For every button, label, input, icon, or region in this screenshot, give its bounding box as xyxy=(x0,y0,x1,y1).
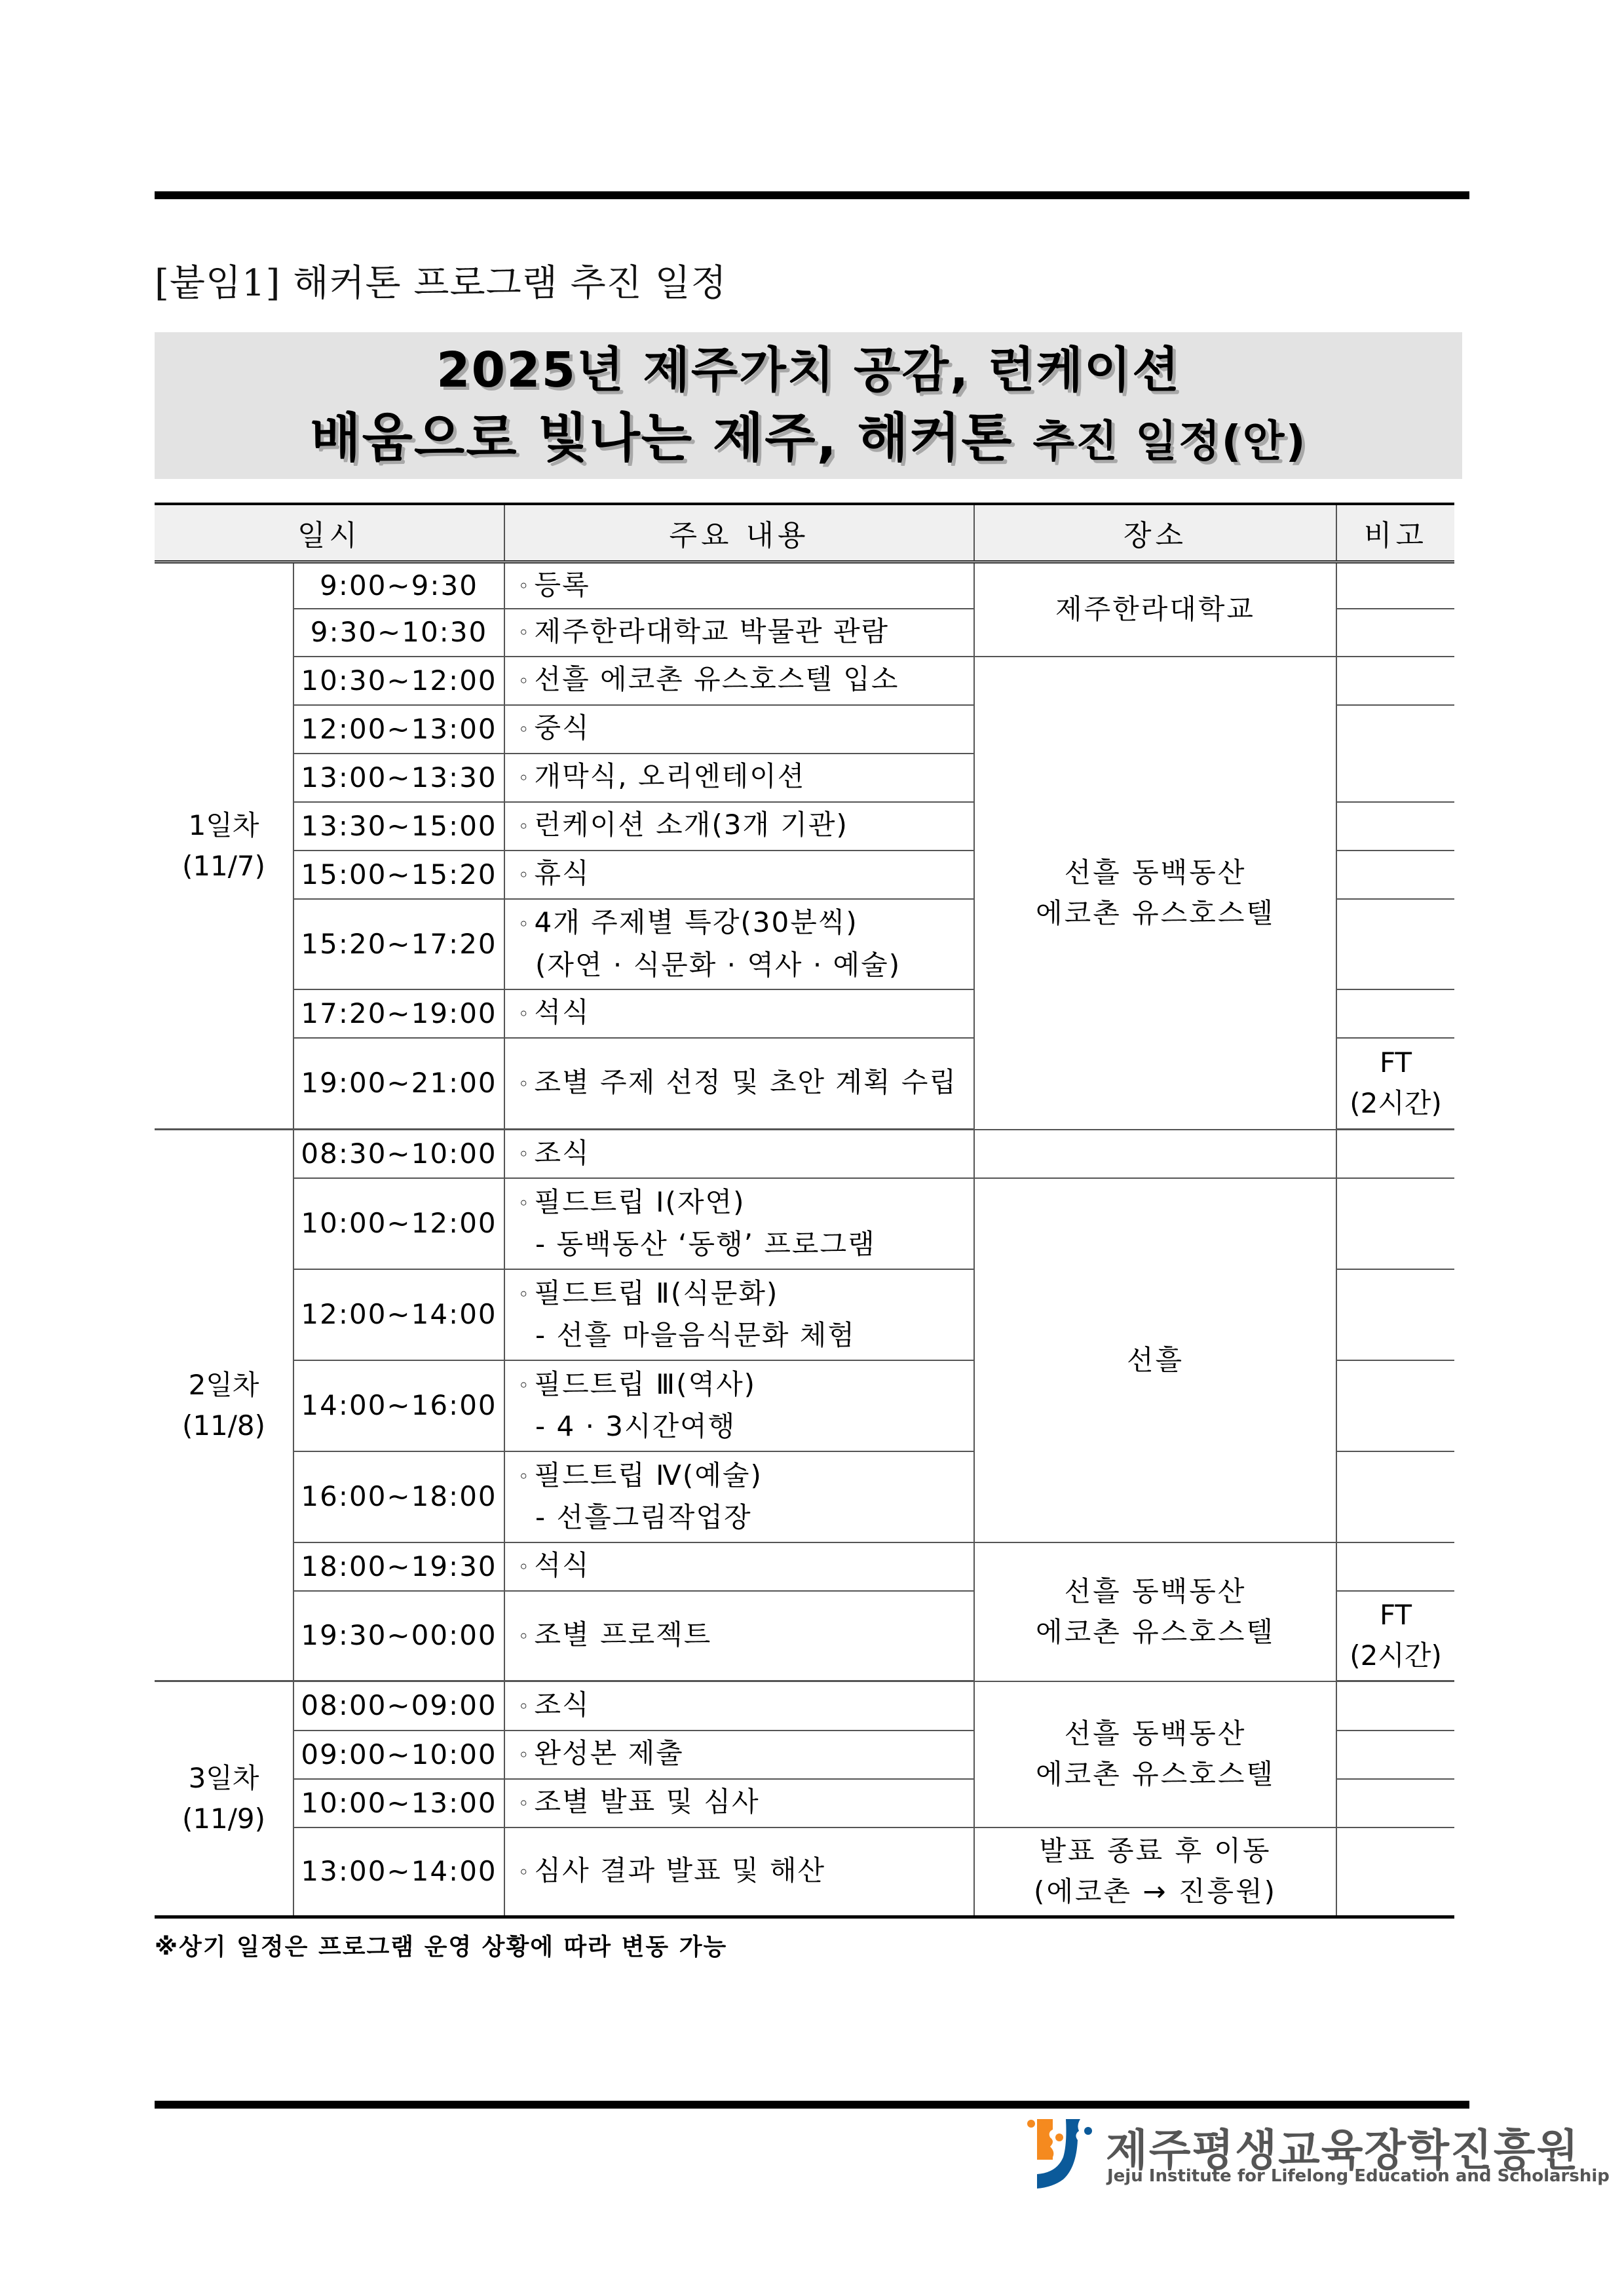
place-line-2: (에코촌 → 진흥원) xyxy=(975,1871,1336,1912)
content-cell: ◦조식 xyxy=(504,1681,974,1731)
title-banner: 2025년 제주가치 공감, 런케이션 배움으로 빛나는 제주, 해커톤 추진 … xyxy=(155,332,1462,479)
bullet-icon: ◦ xyxy=(518,816,531,837)
day-cell-3: 3일차 (11/9) xyxy=(155,1681,293,1917)
note-cell xyxy=(1336,1827,1454,1917)
time-cell: 17:20~19:00 xyxy=(293,989,504,1038)
place-cell: 선흘 동백동산 에코촌 유스호스텔 xyxy=(974,1681,1336,1827)
bullet-icon: ◦ xyxy=(518,575,531,597)
content-text: 중식 xyxy=(535,712,590,744)
content-text: 조식 xyxy=(535,1137,590,1169)
content-text: 석식 xyxy=(535,996,590,1028)
content-cell: ◦등록 xyxy=(504,562,974,609)
note-cell xyxy=(1336,1779,1454,1827)
bullet-icon: ◦ xyxy=(518,1284,531,1305)
bullet-icon: ◦ xyxy=(518,1744,531,1766)
title-line-1: 2025년 제주가치 공감, 런케이션 xyxy=(155,337,1462,403)
title-line-2-main: 배움으로 빛나는 제주, 해커톤 xyxy=(310,408,1013,469)
bullet-icon: ◦ xyxy=(518,719,531,740)
bullet-icon: ◦ xyxy=(518,1862,531,1883)
note-cell xyxy=(1336,1130,1454,1178)
note-cell xyxy=(1336,1178,1454,1269)
note-cell xyxy=(1336,851,1454,899)
place-cell: 선흘 xyxy=(974,1178,1336,1542)
time-cell: 9:30~10:30 xyxy=(293,609,504,657)
table-header-row: 일시 주요 내용 장소 비고 xyxy=(155,504,1454,562)
org-name-english: Jeju Institute for Lifelong Education an… xyxy=(1107,2166,1610,2186)
bullet-icon: ◦ xyxy=(518,913,531,935)
bullet-icon: ◦ xyxy=(518,1003,531,1025)
header-place: 장소 xyxy=(974,504,1336,562)
content-text: 완성본 제출 xyxy=(535,1737,684,1769)
time-cell: 12:00~14:00 xyxy=(293,1269,504,1360)
time-cell: 10:00~13:00 xyxy=(293,1779,504,1827)
time-cell: 9:00~9:30 xyxy=(293,562,504,609)
day-date: (11/7) xyxy=(155,846,293,887)
day-date: (11/9) xyxy=(155,1799,293,1839)
content-text: 조별 발표 및 심사 xyxy=(535,1786,760,1818)
content-cell: ◦필드트립 Ⅲ(역사)- 4 · 3시간여행 xyxy=(504,1360,974,1451)
time-cell: 10:00~12:00 xyxy=(293,1178,504,1269)
day-cell-2: 2일차 (11/8) xyxy=(155,1130,293,1681)
time-cell: 19:30~00:00 xyxy=(293,1591,504,1681)
place-cell: 선흘 동백동산 에코촌 유스호스텔 xyxy=(974,657,1336,1130)
bullet-icon: ◦ xyxy=(518,1073,531,1095)
content-subtext: (자연 · 식문화 · 역사 · 예술) xyxy=(518,945,973,985)
content-text: 심사 결과 발표 및 해산 xyxy=(535,1854,826,1886)
content-text: 등록 xyxy=(535,569,590,601)
place-line-2: 에코촌 유스호스텔 xyxy=(975,893,1336,934)
bullet-icon: ◦ xyxy=(518,1793,531,1814)
content-cell: ◦제주한라대학교 박물관 관람 xyxy=(504,609,974,657)
schedule-table: 일시 주요 내용 장소 비고 1일차 (11/7) 9:00~9:30 ◦등록 … xyxy=(155,503,1454,1919)
table-row: 1일차 (11/7) 9:00~9:30 ◦등록 제주한라대학교 xyxy=(155,562,1454,609)
content-cell: ◦조별 발표 및 심사 xyxy=(504,1779,974,1827)
note-cell xyxy=(1336,609,1454,657)
day-label: 1일차 xyxy=(155,805,293,846)
content-subtext: - 4 · 3시간여행 xyxy=(518,1406,973,1447)
time-cell: 18:00~19:30 xyxy=(293,1542,504,1591)
table-row: 10:00~12:00 ◦필드트립 Ⅰ(자연)- 동백동산 ‘동행’ 프로그램 … xyxy=(155,1178,1454,1269)
content-cell: ◦조별 주제 선정 및 초안 계획 수립 xyxy=(504,1038,974,1130)
bullet-icon: ◦ xyxy=(518,767,531,789)
content-text: 필드트립 Ⅳ(예술) xyxy=(535,1459,763,1491)
place-line-1: 선흘 동백동산 xyxy=(975,1571,1336,1612)
content-subtext: - 동백동산 ‘동행’ 프로그램 xyxy=(518,1224,973,1265)
content-cell: ◦필드트립 Ⅰ(자연)- 동백동산 ‘동행’ 프로그램 xyxy=(504,1178,974,1269)
bullet-icon: ◦ xyxy=(518,864,531,886)
bullet-icon: ◦ xyxy=(518,1466,531,1487)
bullet-icon: ◦ xyxy=(518,1556,531,1578)
place-line-2: 에코촌 유스호스텔 xyxy=(975,1754,1336,1795)
place-line-1: 선흘 동백동산 xyxy=(975,1713,1336,1754)
content-cell: ◦필드트립 Ⅳ(예술)- 선흘그림작업장 xyxy=(504,1451,974,1542)
note-line-2: (2시간) xyxy=(1337,1083,1454,1124)
content-text: 조별 주제 선정 및 초안 계획 수립 xyxy=(535,1066,958,1098)
footnote: ※상기 일정은 프로그램 운영 상황에 따라 변동 가능 xyxy=(155,1928,727,1962)
note-cell xyxy=(1336,989,1454,1038)
bullet-icon: ◦ xyxy=(518,1375,531,1396)
content-cell: ◦런케이션 소개(3개 기관) xyxy=(504,802,974,851)
content-cell: ◦선흘 에코촌 유스호스텔 입소 xyxy=(504,657,974,705)
content-cell: ◦조식 xyxy=(504,1130,974,1178)
content-cell: ◦석식 xyxy=(504,989,974,1038)
content-cell: ◦석식 xyxy=(504,1542,974,1591)
time-cell: 13:30~15:00 xyxy=(293,802,504,851)
place-cell xyxy=(974,1130,1336,1178)
note-cell-ft: FT (2시간) xyxy=(1336,1591,1454,1681)
table-row: 10:30~12:00 ◦선흘 에코촌 유스호스텔 입소 선흘 동백동산 에코촌… xyxy=(155,657,1454,705)
note-line-1: FT xyxy=(1337,1595,1454,1636)
note-cell-ft: FT (2시간) xyxy=(1336,1038,1454,1130)
day-label: 2일차 xyxy=(155,1365,293,1406)
note-cell xyxy=(1336,899,1454,989)
time-cell: 15:00~15:20 xyxy=(293,851,504,899)
attachment-heading: [붙임1] 해커톤 프로그램 추진 일정 xyxy=(155,254,727,307)
content-cell: ◦휴식 xyxy=(504,851,974,899)
content-text: 휴식 xyxy=(535,857,590,889)
content-text: 필드트립 Ⅲ(역사) xyxy=(535,1368,757,1400)
content-text: 필드트립 Ⅰ(자연) xyxy=(535,1186,746,1218)
time-cell: 09:00~10:00 xyxy=(293,1731,504,1779)
day-date: (11/8) xyxy=(155,1406,293,1446)
note-cell xyxy=(1336,802,1454,851)
content-cell: ◦4개 주제별 특강(30분씩)(자연 · 식문화 · 역사 · 예술) xyxy=(504,899,974,989)
time-cell: 13:00~14:00 xyxy=(293,1827,504,1917)
place-line-1: 선흘 동백동산 xyxy=(975,852,1336,893)
place-cell: 발표 종료 후 이동 (에코촌 → 진흥원) xyxy=(974,1827,1336,1917)
time-cell: 15:20~17:20 xyxy=(293,899,504,989)
content-text: 제주한라대학교 박물관 관람 xyxy=(535,615,890,647)
place-line-1: 발표 종료 후 이동 xyxy=(975,1831,1336,1871)
time-cell: 19:00~21:00 xyxy=(293,1038,504,1130)
header-note: 비고 xyxy=(1336,504,1454,562)
note-cell xyxy=(1336,1269,1454,1360)
content-text: 조별 프로젝트 xyxy=(535,1618,712,1651)
content-text: 조식 xyxy=(535,1689,590,1721)
note-line-1: FT xyxy=(1337,1043,1454,1083)
time-cell: 08:00~09:00 xyxy=(293,1681,504,1731)
bullet-icon: ◦ xyxy=(518,1143,531,1165)
table-row: 2일차 (11/8) 08:30~10:00 ◦조식 xyxy=(155,1130,1454,1178)
time-cell: 08:30~10:00 xyxy=(293,1130,504,1178)
time-cell: 14:00~16:00 xyxy=(293,1360,504,1451)
bullet-icon: ◦ xyxy=(518,1626,531,1647)
header-datetime: 일시 xyxy=(155,504,504,562)
content-cell: ◦개막식, 오리엔테이션 xyxy=(504,754,974,802)
note-cell xyxy=(1336,562,1454,609)
content-cell: ◦필드트립 Ⅱ(식문화)- 선흘 마을음식문화 체험 xyxy=(504,1269,974,1360)
top-rule xyxy=(155,191,1469,199)
bottom-rule xyxy=(155,2101,1469,2109)
place-cell: 선흘 동백동산 에코촌 유스호스텔 xyxy=(974,1542,1336,1681)
table-row: 3일차 (11/9) 08:00~09:00 ◦조식 선흘 동백동산 에코촌 유… xyxy=(155,1681,1454,1731)
bullet-icon: ◦ xyxy=(518,670,531,692)
content-cell: ◦심사 결과 발표 및 해산 xyxy=(504,1827,974,1917)
header-content: 주요 내용 xyxy=(504,504,974,562)
time-cell: 13:00~13:30 xyxy=(293,754,504,802)
day-cell-1: 1일차 (11/7) xyxy=(155,562,293,1130)
bullet-icon: ◦ xyxy=(518,622,531,643)
org-logo-icon xyxy=(1027,2118,1092,2191)
content-text: 4개 주제별 특강(30분씩) xyxy=(535,906,858,938)
time-cell: 10:30~12:00 xyxy=(293,657,504,705)
title-line-2-tail: 추진 일정(안) xyxy=(1033,416,1307,467)
content-text: 개막식, 오리엔테이션 xyxy=(535,760,806,792)
content-subtext: - 선흘그림작업장 xyxy=(518,1497,973,1538)
note-cell xyxy=(1336,1451,1454,1542)
content-cell: ◦중식 xyxy=(504,705,974,754)
time-cell: 12:00~13:00 xyxy=(293,705,504,754)
note-cell xyxy=(1336,657,1454,705)
note-cell xyxy=(1336,1360,1454,1451)
content-text: 필드트립 Ⅱ(식문화) xyxy=(535,1277,779,1309)
content-text: 런케이션 소개(3개 기관) xyxy=(535,809,848,841)
bullet-icon: ◦ xyxy=(518,1193,531,1214)
time-cell: 16:00~18:00 xyxy=(293,1451,504,1542)
bullet-icon: ◦ xyxy=(518,1696,531,1717)
content-cell: ◦완성본 제출 xyxy=(504,1731,974,1779)
content-text: 석식 xyxy=(535,1549,590,1581)
place-line-2: 에코촌 유스호스텔 xyxy=(975,1612,1336,1653)
content-cell: ◦조별 프로젝트 xyxy=(504,1591,974,1681)
day-label: 3일차 xyxy=(155,1758,293,1799)
content-subtext: - 선흘 마을음식문화 체험 xyxy=(518,1315,973,1356)
table-row: 13:00~14:00 ◦심사 결과 발표 및 해산 발표 종료 후 이동 (에… xyxy=(155,1827,1454,1917)
place-cell: 제주한라대학교 xyxy=(974,562,1336,657)
note-cell xyxy=(1336,1542,1454,1591)
note-cell xyxy=(1336,1731,1454,1779)
content-text: 선흘 에코촌 유스호스텔 입소 xyxy=(535,663,899,695)
note-cell xyxy=(1336,705,1454,802)
title-line-2: 배움으로 빛나는 제주, 해커톤 추진 일정(안) xyxy=(155,403,1462,477)
table-row: 18:00~19:30 ◦석식 선흘 동백동산 에코촌 유스호스텔 xyxy=(155,1542,1454,1591)
note-line-2: (2시간) xyxy=(1337,1636,1454,1676)
note-cell xyxy=(1336,1681,1454,1731)
